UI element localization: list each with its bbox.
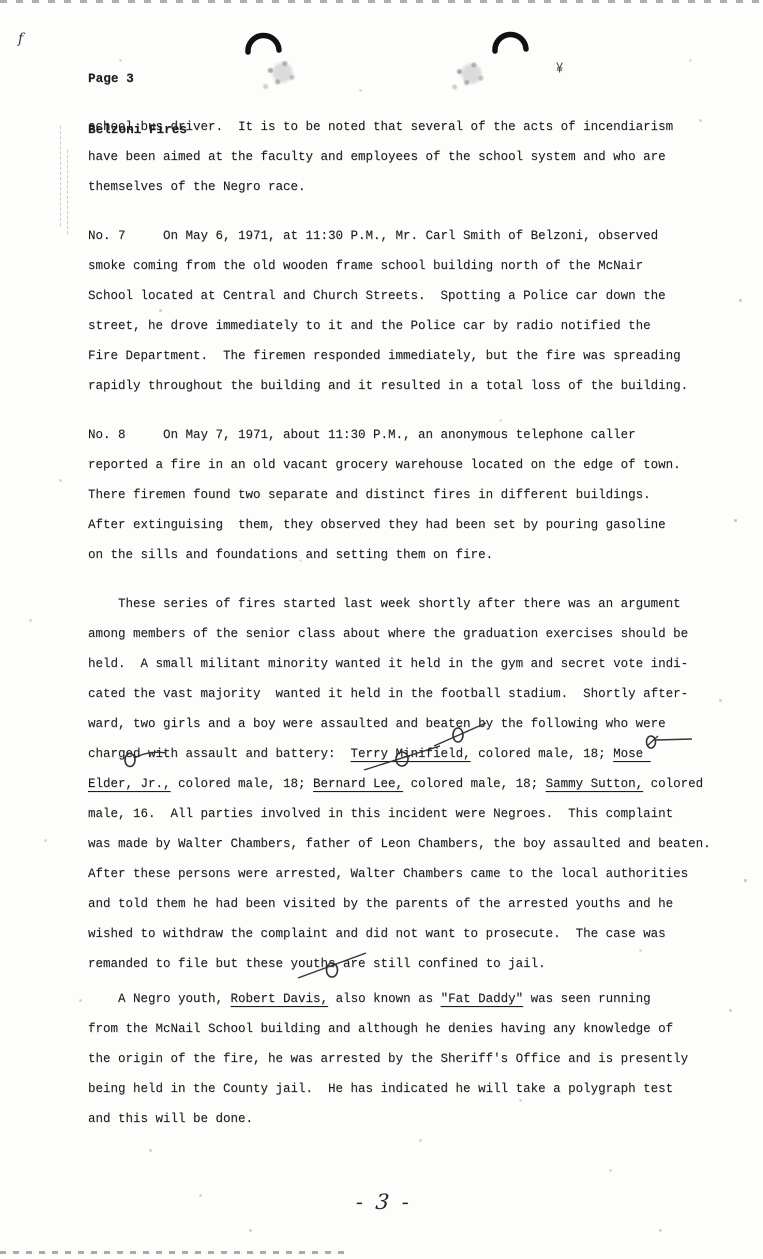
text-line: ward, two girls and a boy were assaulted… — [88, 709, 738, 739]
text-segment: street, he drove immediately to it and t… — [88, 319, 651, 333]
paragraph: No. 7 On May 6, 1971, at 11:30 P.M., Mr.… — [88, 221, 738, 401]
paragraph: These series of fires started last week … — [88, 589, 738, 979]
text-segment: male, 16. All parties involved in this i… — [88, 807, 673, 821]
text-segment: There firemen found two separate and dis… — [88, 488, 651, 502]
text-line: No. 8 On May 7, 1971, about 11:30 P.M., … — [88, 420, 738, 450]
text-segment: After these persons were arrested, Walte… — [88, 867, 688, 881]
text-segment: smoke coming from the old wooden frame s… — [88, 259, 643, 273]
ink-smudge — [256, 52, 304, 98]
text-line: being held in the County jail. He has in… — [88, 1074, 738, 1104]
text-segment: and told them he had been visited by the… — [88, 897, 673, 911]
text-line: A Negro youth, Robert Davis, also known … — [88, 984, 738, 1014]
text-segment: have been aimed at the faculty and emplo… — [88, 150, 666, 164]
text-line: from the McNail School building and alth… — [88, 1014, 738, 1044]
text-line: No. 7 On May 6, 1971, at 11:30 P.M., Mr.… — [88, 221, 738, 251]
document-body: school bus driver. It is to be noted tha… — [88, 112, 738, 1153]
text-segment: also known as — [328, 992, 441, 1006]
text-segment: colored male, 18; — [403, 777, 546, 791]
text-line: held. A small militant minority wanted i… — [88, 649, 738, 679]
text-segment: and this will be done. — [88, 1112, 253, 1126]
handwritten-zero-mark — [360, 742, 444, 772]
text-line: There firemen found two separate and dis… — [88, 480, 738, 510]
text-line: wished to withdraw the complaint and did… — [88, 919, 738, 949]
scan-noise — [0, 0, 1, 1]
text-segment: held. A small militant minority wanted i… — [88, 657, 688, 671]
text-line: smoke coming from the old wooden frame s… — [88, 251, 738, 281]
page-header-line1: Page 3 — [88, 70, 187, 87]
text-segment: A Negro youth, — [88, 992, 231, 1006]
text-segment: wished to withdraw the complaint and did… — [88, 927, 666, 941]
text-line: was made by Walter Chambers, father of L… — [88, 829, 738, 859]
text-segment: These series of fires started last week … — [88, 597, 681, 611]
underlined-text: Bernard Lee, — [313, 777, 403, 791]
margin-dash-mark — [67, 150, 68, 234]
text-segment: on the sills and foundations and setting… — [88, 548, 493, 562]
text-line: have been aimed at the faculty and emplo… — [88, 142, 738, 172]
text-line: street, he drove immediately to it and t… — [88, 311, 738, 341]
underlined-text: Elder, Jr., — [88, 777, 171, 791]
page-number: - 3 - — [355, 1190, 413, 1214]
text-line: and told them he had been visited by the… — [88, 889, 738, 919]
text-segment: No. 8 On May 7, 1971, about 11:30 P.M., … — [88, 428, 636, 442]
text-segment: themselves of the Negro race. — [88, 180, 306, 194]
text-segment: being held in the County jail. He has in… — [88, 1082, 673, 1096]
text-line: reported a fire in an old vacant grocery… — [88, 450, 738, 480]
text-line: on the sills and foundations and setting… — [88, 540, 738, 570]
text-segment: was seen running — [523, 992, 651, 1006]
text-segment: rapidly throughout the building and it r… — [88, 379, 688, 393]
text-segment: ward, two girls and a boy were assaulted… — [88, 717, 666, 731]
underlined-text: Robert Davis, — [231, 992, 329, 1006]
text-line: among members of the senior class about … — [88, 619, 738, 649]
text-line: male, 16. All parties involved in this i… — [88, 799, 738, 829]
handwritten-zero-mark — [292, 948, 370, 980]
text-line: and this will be done. — [88, 1104, 738, 1134]
text-segment: the origin of the fire, he was arrested … — [88, 1052, 688, 1066]
underlined-text: "Fat Daddy" — [441, 992, 524, 1006]
text-segment: colored — [643, 777, 703, 791]
text-segment: colored male, 18; — [171, 777, 314, 791]
text-line: These series of fires started last week … — [88, 589, 738, 619]
text-line: the origin of the fire, he was arrested … — [88, 1044, 738, 1074]
text-segment: reported a fire in an old vacant grocery… — [88, 458, 681, 472]
text-segment: from the McNail School building and alth… — [88, 1022, 673, 1036]
text-segment: was made by Walter Chambers, father of L… — [88, 837, 711, 851]
text-line: themselves of the Negro race. — [88, 172, 738, 202]
paragraph: A Negro youth, Robert Davis, also known … — [88, 984, 738, 1134]
document-page: f ¥ Page 3 Belzoni Fires school bus driv… — [0, 0, 763, 1259]
text-segment: school bus driver. It is to be noted tha… — [88, 120, 673, 134]
text-line: Elder, Jr., colored male, 18; Bernard Le… — [88, 769, 738, 799]
binder-arc-mark — [490, 24, 530, 56]
text-line: Fire Department. The firemen responded i… — [88, 341, 738, 371]
text-line: cated the vast majority wanted it held i… — [88, 679, 738, 709]
stray-pen-mark: f — [18, 31, 23, 47]
text-line: School located at Central and Church Str… — [88, 281, 738, 311]
text-segment: School located at Central and Church Str… — [88, 289, 666, 303]
text-segment: among members of the senior class about … — [88, 627, 688, 641]
perforation-edge-top — [0, 0, 763, 3]
handwritten-zero-mark — [118, 748, 170, 770]
text-segment: colored male, 18; — [471, 747, 614, 761]
text-line: school bus driver. It is to be noted tha… — [88, 112, 738, 142]
text-segment: cated the vast majority wanted it held i… — [88, 687, 688, 701]
text-segment: After extinguising them, they observed t… — [88, 518, 666, 532]
text-line: remanded to file but these youths are st… — [88, 949, 738, 979]
paragraph: No. 8 On May 7, 1971, about 11:30 P.M., … — [88, 420, 738, 570]
ink-smudge — [445, 54, 493, 98]
perforation-edge-bottom — [0, 1251, 345, 1254]
underlined-text: Sammy Sutton, — [546, 777, 644, 791]
stray-ink-mark: ¥ — [556, 61, 563, 78]
text-line: rapidly throughout the building and it r… — [88, 371, 738, 401]
text-line: After extinguising them, they observed t… — [88, 510, 738, 540]
text-segment: No. 7 On May 6, 1971, at 11:30 P.M., Mr.… — [88, 229, 658, 243]
margin-dash-mark — [60, 126, 61, 226]
text-segment: Fire Department. The firemen responded i… — [88, 349, 681, 363]
handwritten-zero-mark — [642, 733, 698, 751]
text-line: After these persons were arrested, Walte… — [88, 859, 738, 889]
paragraph: school bus driver. It is to be noted tha… — [88, 112, 738, 202]
